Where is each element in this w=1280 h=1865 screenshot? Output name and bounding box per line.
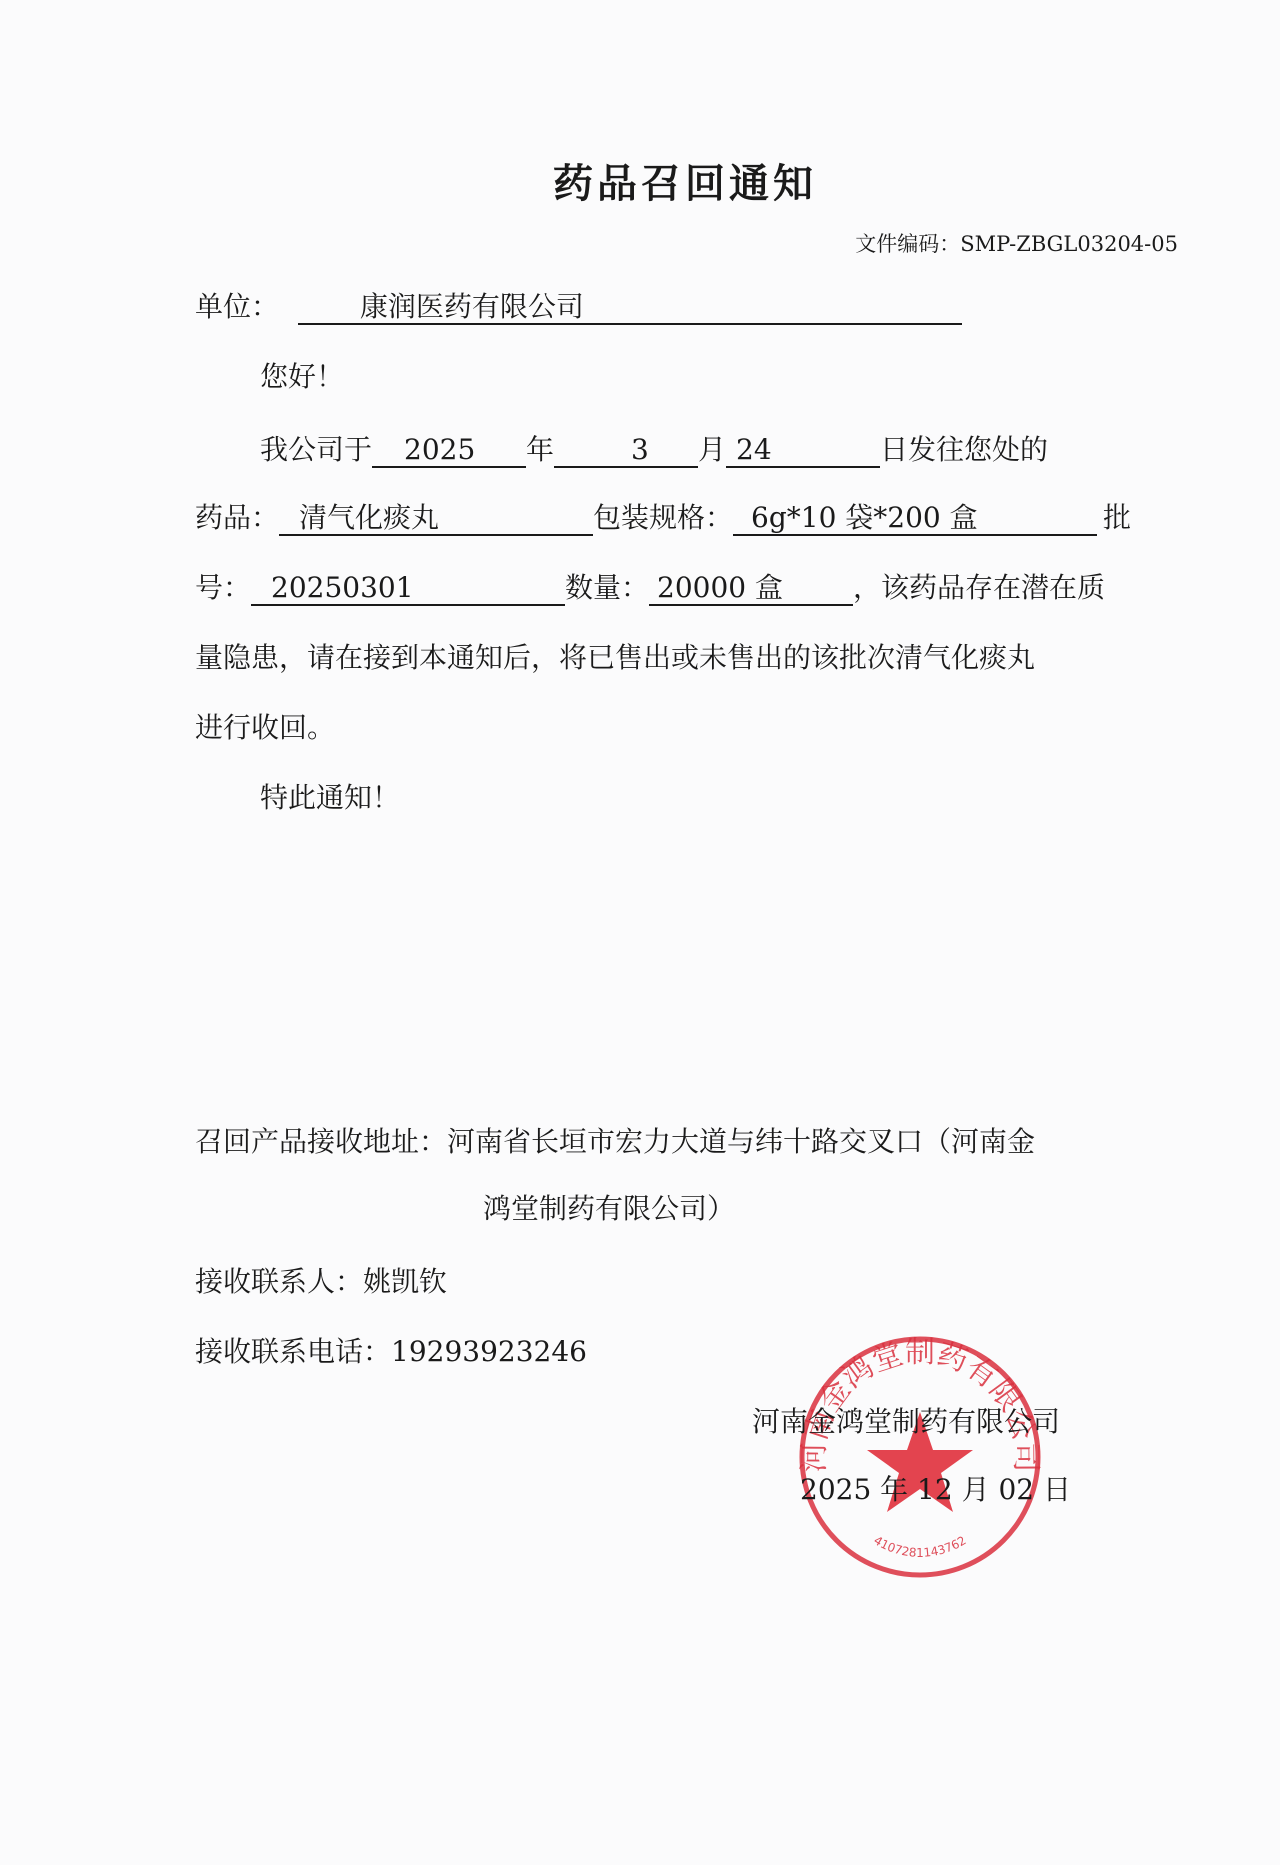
svg-text:4107281143762: 4107281143762 bbox=[871, 1533, 968, 1560]
file-code-label: 文件编码： bbox=[855, 232, 960, 256]
text: 我公司于 bbox=[260, 433, 372, 466]
text: 批 bbox=[1103, 501, 1131, 534]
body-line-3: 号：20250301数量：20000 盒，该药品存在潜在质 bbox=[195, 566, 1105, 606]
body-line-2: 药品：清气化痰丸包装规格：6g*10 袋*200 盒批 bbox=[195, 496, 1131, 536]
drug-label: 药品： bbox=[195, 501, 279, 534]
closing: 特此通知！ bbox=[260, 776, 400, 816]
text: 日发往您处的 bbox=[880, 433, 1048, 466]
signature-company: 河南金鸿堂制药有限公司 bbox=[752, 1400, 1060, 1440]
qty-label: 数量： bbox=[565, 571, 649, 604]
unit-field: 康润医药有限公司 bbox=[298, 291, 962, 325]
phone-value: 19293923246 bbox=[391, 1335, 587, 1368]
month-field: 3 bbox=[554, 434, 698, 468]
qty-field: 20000 盒 bbox=[649, 572, 853, 606]
spec-label: 包装规格： bbox=[593, 501, 733, 534]
year-field: 2025 bbox=[372, 434, 526, 468]
contact-name: 姚凯钦 bbox=[363, 1265, 447, 1298]
address-value: 河南省长垣市宏力大道与纬十路交叉口（河南金 bbox=[447, 1125, 1035, 1158]
unit-value: 康润医药有限公司 bbox=[300, 290, 584, 323]
signature-date: 2025 年 12 月 02 日 bbox=[800, 1468, 1071, 1508]
company-seal-icon: 河南金鸿堂制药有限公司 4107281143762 bbox=[795, 1332, 1045, 1582]
day-field: 24 bbox=[726, 434, 880, 468]
batch-label: 号： bbox=[195, 571, 251, 604]
file-code: 文件编码：SMP-ZBGL03204-05 bbox=[855, 228, 1178, 258]
page-title: 药品召回通知 bbox=[0, 152, 1280, 209]
contact-line: 接收联系人：姚凯钦 bbox=[195, 1260, 447, 1300]
drug-field: 清气化痰丸 bbox=[279, 502, 593, 536]
day-value: 24 bbox=[728, 433, 772, 466]
qty-value: 20000 盒 bbox=[651, 571, 783, 604]
body-line-5: 进行收回。 bbox=[195, 706, 335, 746]
text: 年 bbox=[526, 433, 554, 466]
phone-label: 接收联系电话： bbox=[195, 1335, 391, 1368]
file-code-value: SMP-ZBGL03204-05 bbox=[960, 232, 1178, 256]
year-value: 2025 bbox=[374, 433, 475, 466]
address-label: 召回产品接收地址： bbox=[195, 1125, 447, 1158]
address-line-2: 鸿堂制药有限公司） bbox=[483, 1187, 735, 1227]
unit-label: 单位： bbox=[195, 290, 279, 323]
address-line: 召回产品接收地址：河南省长垣市宏力大道与纬十路交叉口（河南金 bbox=[195, 1120, 1035, 1160]
contact-label: 接收联系人： bbox=[195, 1265, 363, 1298]
greeting: 您好！ bbox=[260, 355, 344, 395]
unit-line: 单位： 康润医药有限公司 bbox=[195, 285, 962, 325]
batch-field: 20250301 bbox=[251, 572, 565, 606]
spec-value: 6g*10 袋*200 盒 bbox=[735, 501, 978, 534]
batch-value: 20250301 bbox=[253, 571, 414, 604]
month-value: 3 bbox=[556, 433, 649, 466]
text: ，该药品存在潜在质 bbox=[853, 571, 1105, 604]
body-line-4: 量隐患，请在接到本通知后，将已售出或未售出的该批次清气化痰丸 bbox=[195, 636, 1035, 676]
spec-field: 6g*10 袋*200 盒 bbox=[733, 502, 1097, 536]
body-line-1: 我公司于2025年3月24日发往您处的 bbox=[260, 428, 1048, 468]
phone-line: 接收联系电话：19293923246 bbox=[195, 1330, 587, 1370]
drug-name: 清气化痰丸 bbox=[281, 501, 439, 534]
text: 月 bbox=[698, 433, 726, 466]
